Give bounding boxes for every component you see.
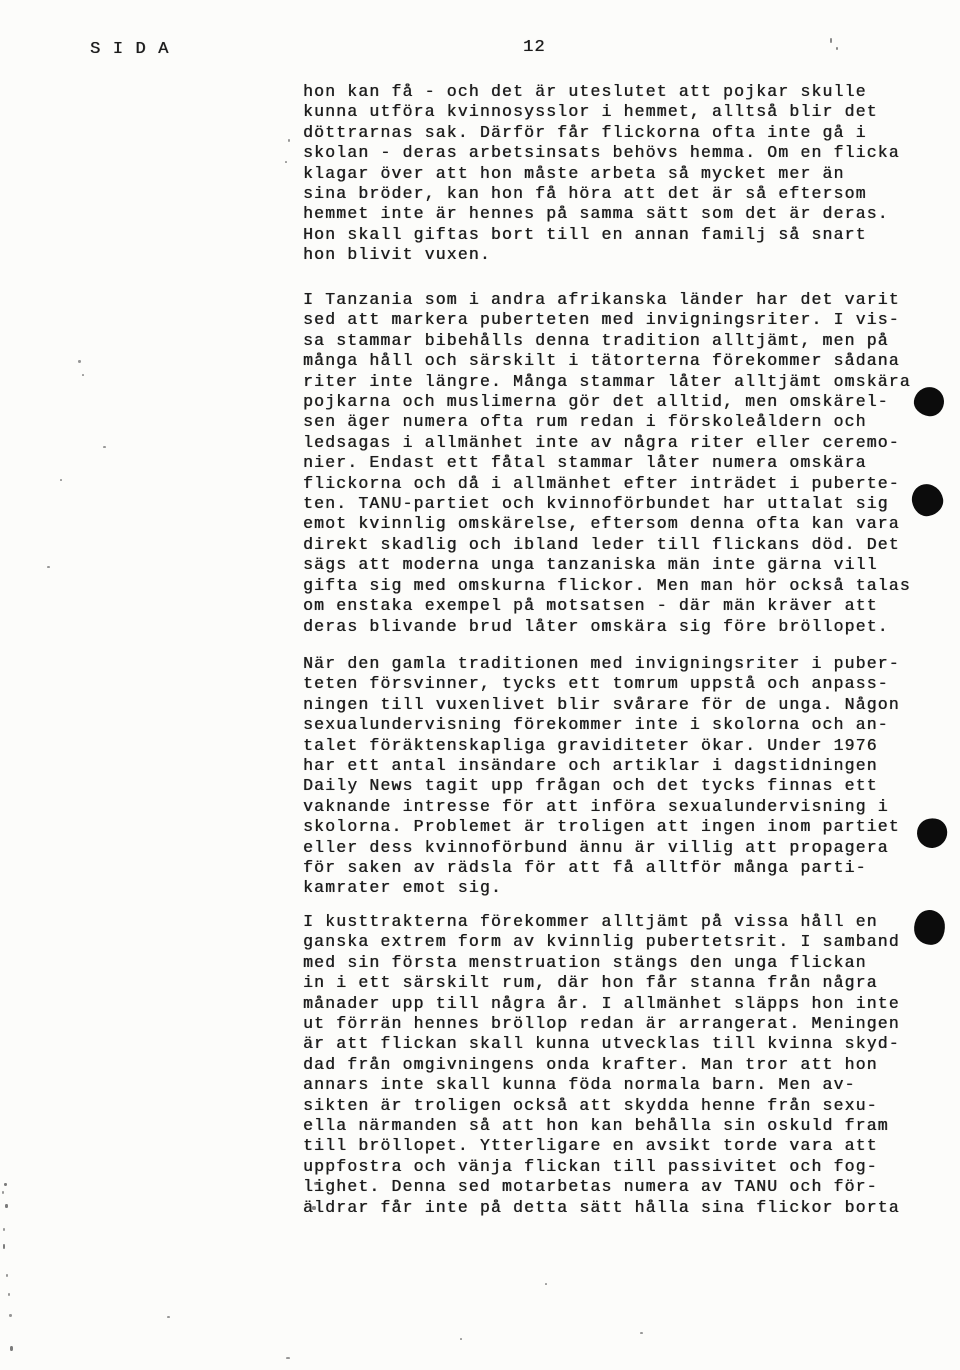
paragraph-3: När den gamla traditionen med invignings… [303,654,928,899]
paragraph-4: I kusttrakterna förekommer alltjämt på v… [303,912,928,1218]
page-number: 12 [523,38,546,58]
paragraph-2: I Tanzania som i andra afrikanska länder… [303,290,928,637]
paragraph-1: hon kan få - och det är uteslutet att po… [303,82,928,266]
scanned-document-page: S I D A 12 hon kan få - och det är utesl… [0,0,960,1370]
organization-label: S I D A [90,40,169,60]
